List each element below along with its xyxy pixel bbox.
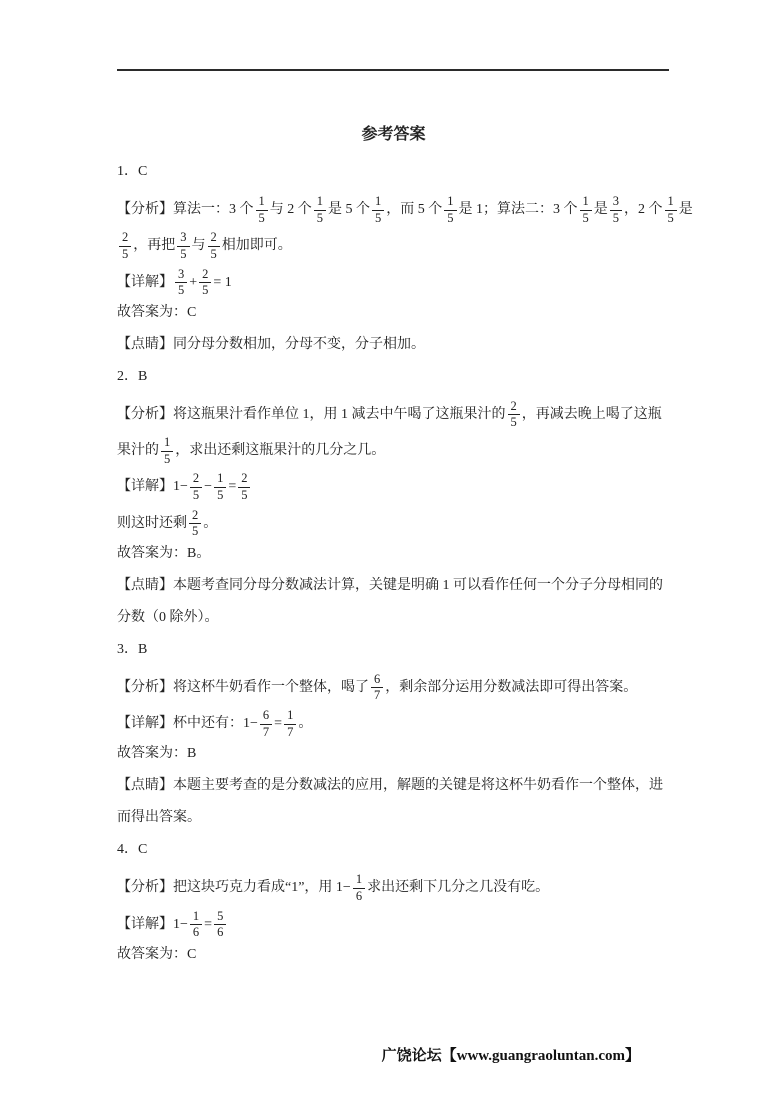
fraction: 35 — [610, 194, 622, 226]
fraction-numerator: 1 — [665, 194, 677, 211]
fraction-denominator: 5 — [190, 488, 202, 504]
q4-conclusion: 故答案为：C — [117, 945, 670, 965]
fraction-numerator: 2 — [208, 230, 220, 247]
fraction: 15 — [161, 435, 173, 467]
q1-answer: 1．C — [117, 162, 670, 182]
fraction: 25 — [199, 267, 211, 299]
fraction: 17 — [284, 708, 296, 740]
q2-analysis-line-1: 【分析】将这瓶果汁看作单位 1，用 1 减去中午喝了这瓶果汁的 25，再减去晚上… — [117, 399, 670, 431]
fraction: 15 — [665, 194, 677, 226]
fraction-denominator: 5 — [177, 247, 189, 263]
fraction: 15 — [214, 471, 226, 503]
fraction: 25 — [238, 471, 250, 503]
fraction: 16 — [190, 909, 202, 941]
fraction: 25 — [119, 230, 131, 262]
fraction-denominator: 5 — [444, 211, 456, 227]
fraction-denominator: 5 — [208, 247, 220, 263]
fraction-numerator: 1 — [161, 435, 173, 452]
page-footer: 广饶论坛【www.guangraoluntan.com】 — [117, 1044, 640, 1065]
q3-conclusion: 故答案为：B — [117, 744, 670, 764]
fraction-denominator: 5 — [372, 211, 384, 227]
q4-solution: 【详解】1−16 = 56 — [117, 909, 670, 941]
fraction: 25 — [508, 399, 520, 431]
fraction-denominator: 5 — [189, 524, 201, 540]
q1-analysis-line-1: 【分析】算法一：3 个 15 与 2 个 15 是 5 个 15，而 5 个 1… — [117, 194, 670, 226]
q2-remainder: 则这时还剩 25。 — [117, 508, 670, 540]
fraction-denominator: 7 — [260, 725, 272, 741]
q3-analysis: 【分析】将这杯牛奶看作一个整体，喝了 67，剩余部分运用分数减法即可得出答案。 — [117, 672, 670, 704]
q2-analysis-line-2: 果汁的 15，求出还剩这瓶果汁的几分之几。 — [117, 435, 670, 467]
fraction-numerator: 1 — [444, 194, 456, 211]
fraction-numerator: 2 — [189, 508, 201, 525]
fraction: 35 — [175, 267, 187, 299]
fraction-denominator: 5 — [580, 211, 592, 227]
fraction: 15 — [444, 194, 456, 226]
fraction-denominator: 5 — [610, 211, 622, 227]
doc-blocks: 参考答案1．C【分析】算法一：3 个 15 与 2 个 15 是 5 个 15，… — [117, 124, 670, 977]
fraction: 25 — [208, 230, 220, 262]
q4-answer: 4．C — [117, 840, 670, 860]
q3-note-line-1: 【点睛】本题主要考查的是分数减法的应用，解题的关键是将这杯牛奶看作一个整体，进 — [117, 776, 670, 796]
fraction: 16 — [353, 872, 365, 904]
fraction-numerator: 3 — [177, 230, 189, 247]
fraction: 25 — [190, 471, 202, 503]
fraction: 15 — [580, 194, 592, 226]
fraction-numerator: 2 — [119, 230, 131, 247]
fraction-denominator: 5 — [161, 452, 173, 468]
q2-answer: 2．B — [117, 367, 670, 387]
q3-solution: 【详解】杯中还有：1−67=17。 — [117, 708, 670, 740]
fraction-numerator: 1 — [256, 194, 268, 211]
q2-solution: 【详解】1− 25 − 15 = 25 — [117, 471, 670, 503]
q1-note: 【点睛】同分母分数相加，分母不变，分子相加。 — [117, 335, 670, 355]
fraction-numerator: 2 — [238, 471, 250, 488]
fraction-numerator: 1 — [372, 194, 384, 211]
fraction-numerator: 2 — [508, 399, 520, 416]
q1-solution: 【详解】35 + 25 = 1 — [117, 267, 670, 299]
fraction-denominator: 6 — [353, 889, 365, 905]
fraction-numerator: 3 — [175, 267, 187, 284]
fraction-denominator: 5 — [508, 415, 520, 431]
doc-title: 参考答案 — [117, 124, 670, 146]
fraction: 67 — [371, 672, 383, 704]
fraction-denominator: 6 — [214, 925, 226, 941]
fraction-numerator: 2 — [190, 471, 202, 488]
fraction-denominator: 5 — [119, 247, 131, 263]
q2-conclusion: 故答案为：B。 — [117, 544, 670, 564]
fraction-denominator: 5 — [314, 211, 326, 227]
fraction-denominator: 5 — [199, 283, 211, 299]
header-rule — [117, 69, 669, 71]
fraction-numerator: 1 — [314, 194, 326, 211]
q2-note-line-2: 分数（0 除外）。 — [117, 608, 670, 628]
q3-answer: 3．B — [117, 640, 670, 660]
fraction: 67 — [260, 708, 272, 740]
fraction-numerator: 1 — [353, 872, 365, 889]
fraction: 15 — [372, 194, 384, 226]
fraction-numerator: 6 — [260, 708, 272, 725]
fraction-denominator: 7 — [284, 725, 296, 741]
q1-conclusion: 故答案为：C — [117, 303, 670, 323]
fraction: 15 — [256, 194, 268, 226]
q4-analysis: 【分析】把这块巧克力看成“1”，用 1−16 求出还剩下几分之几没有吃。 — [117, 872, 670, 904]
fraction-numerator: 2 — [199, 267, 211, 284]
q1-analysis-line-2: 25，再把 35 与 25 相加即可。 — [117, 230, 670, 262]
fraction-denominator: 5 — [214, 488, 226, 504]
fraction-numerator: 1 — [190, 909, 202, 926]
fraction-denominator: 5 — [238, 488, 250, 504]
fraction-denominator: 5 — [175, 283, 187, 299]
fraction: 25 — [189, 508, 201, 540]
fraction-numerator: 1 — [284, 708, 296, 725]
fraction-denominator: 5 — [665, 211, 677, 227]
fraction-denominator: 5 — [256, 211, 268, 227]
fraction: 15 — [314, 194, 326, 226]
q2-note-line-1: 【点睛】本题考查同分母分数减法计算，关键是明确 1 可以看作任何一个分子分母相同… — [117, 576, 670, 596]
fraction-denominator: 6 — [190, 925, 202, 941]
fraction-numerator: 3 — [610, 194, 622, 211]
fraction: 56 — [214, 909, 226, 941]
fraction-numerator: 1 — [580, 194, 592, 211]
fraction-numerator: 6 — [371, 672, 383, 689]
document-page: 参考答案1．C【分析】算法一：3 个 15 与 2 个 15 是 5 个 15，… — [0, 0, 780, 1103]
q3-note-line-2: 而得出答案。 — [117, 808, 670, 828]
fraction-denominator: 7 — [371, 688, 383, 704]
fraction: 35 — [177, 230, 189, 262]
fraction-numerator: 5 — [214, 909, 226, 926]
fraction-numerator: 1 — [214, 471, 226, 488]
